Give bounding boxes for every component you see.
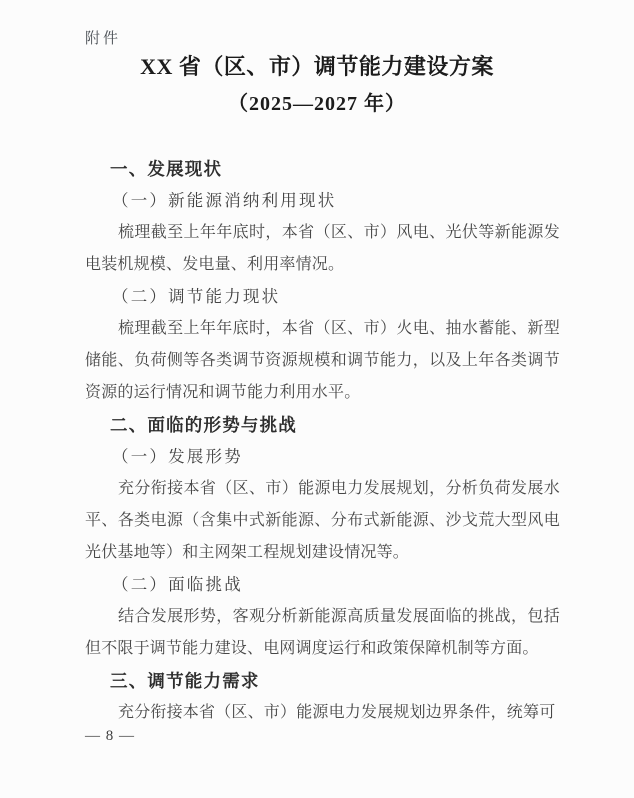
document-title-line1: XX 省（区、市）调节能力建设方案	[0, 52, 634, 82]
section-heading-situation-and-challenges: 二、面临的形势与挑战	[85, 409, 560, 441]
paragraph-challenges: 结合发展形势，客观分析新能源高质量发展面临的挑战，包括但不限于调节能力建设、电网…	[85, 601, 560, 665]
document-title-line2: （2025—2027 年）	[0, 89, 634, 119]
sub-heading-development-situation: （一）发展形势	[85, 441, 560, 473]
page-number: — 8 —	[85, 726, 135, 746]
attachment-label: 附件	[85, 30, 634, 48]
document-body: 一、发展现状 （一）新能源消纳利用现状 梳理截至上年年底时，本省（区、市）风电、…	[85, 153, 560, 729]
document-page: 附件 XX 省（区、市）调节能力建设方案 （2025—2027 年） 一、发展现…	[0, 0, 634, 798]
paragraph-regulation-capacity-status: 梳理截至上年年底时，本省（区、市）火电、抽水蓄能、新型储能、负荷侧等各类调节资源…	[85, 313, 560, 409]
paragraph-regulation-capacity-demand: 充分衔接本省（区、市）能源电力发展规划边界条件，统筹可	[85, 697, 560, 729]
section-heading-development-status: 一、发展现状	[85, 153, 560, 185]
paragraph-development-situation: 充分衔接本省（区、市）能源电力发展规划，分析负荷发展水平、各类电源（含集中式新能…	[85, 473, 560, 569]
sub-heading-new-energy-consumption-status: （一）新能源消纳利用现状	[85, 185, 560, 217]
paragraph-new-energy-status: 梳理截至上年年底时，本省（区、市）风电、光伏等新能源发电装机规模、发电量、利用率…	[85, 217, 560, 281]
sub-heading-regulation-capacity-status: （二）调节能力现状	[85, 281, 560, 313]
sub-heading-challenges: （二）面临挑战	[85, 569, 560, 601]
section-heading-regulation-capacity-demand: 三、调节能力需求	[85, 665, 560, 697]
